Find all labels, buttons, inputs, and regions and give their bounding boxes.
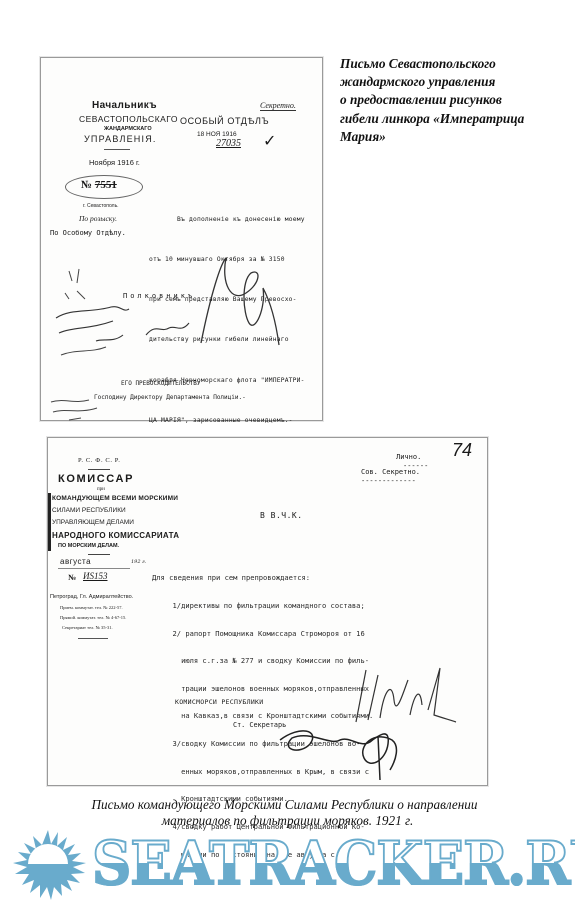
addressee-line: ЕГО ПРЕВОСХОДИТЕЛЬСТВУ [121, 380, 200, 387]
divider [78, 638, 108, 639]
letterhead-bracket [48, 493, 51, 551]
body-line: ЦА МАРІЯ", зарисованные очевидцемъ.- [149, 414, 305, 427]
body-line: Для сведения при сем препровождается: [152, 573, 373, 582]
number-value: 7551 [95, 179, 117, 191]
letter-month: августа [60, 557, 91, 566]
caption-top-line: Письмо Севастопольского [340, 55, 570, 73]
caption-top: Письмо Севастопольского жандармского упр… [340, 55, 570, 146]
body-line: июля с.г.за № 277 и сводку Комиссии по ф… [164, 656, 373, 665]
document-scan-gendarmerie-letter: Начальникъ СЕВАСТОПОЛЬСКАГО ЖАНДАРМСКАГО… [40, 57, 323, 421]
divider [88, 469, 110, 470]
country-header: Р. С. Ф. С. Р. [78, 457, 120, 464]
site-logo-text: SEATRACKER.RU [92, 834, 575, 894]
letterhead-line: УПРАВЛЯЮЩЕМ ДЕЛАМИ [52, 519, 134, 526]
signature-title: Полковникъ [123, 292, 195, 300]
divider: ------------- [361, 477, 416, 485]
caption-top-line: жандармского управления [340, 73, 570, 91]
caption-top-line: Мария» [340, 128, 570, 146]
body-line: 2/ рапорт Помощника Комиссара Стромороя … [164, 629, 373, 638]
letterhead-line: НАРОДНОГО КОМИССАРИАТА [52, 531, 179, 540]
letter-year: 192 г. [131, 559, 146, 565]
number-prefix: № [68, 573, 76, 582]
signature-title: КОМИСМОРСИ РЕСПУБЛИКИ [175, 698, 263, 706]
address-line: Прием. коммутат. тел. № 222-57. [60, 605, 123, 610]
note: По розыску. [79, 214, 117, 223]
recipient: В В.Ч.К. [260, 511, 303, 520]
address-line: Петроград, Гл. Адмиралтейство. [50, 594, 133, 600]
divider [104, 149, 130, 150]
divider [58, 568, 130, 569]
stamp-date: 18 НОЯ 1916 [197, 131, 237, 138]
handwritten-number: 74 [452, 440, 472, 461]
letter-body: Въ дополненіе къ донесенію моему отъ 10 … [149, 186, 305, 454]
letterhead-line: КОМАНДУЮЩЕМ ВСЕМИ МОРСКИМИ [52, 495, 178, 502]
letterhead-line: СИЛАМИ РЕСПУБЛИКИ [52, 507, 126, 514]
number-prefix: № [81, 179, 92, 191]
department: По Особому Отдѣлу. [50, 229, 126, 237]
city: г. Севастополь. [83, 203, 119, 209]
body-line: 3/сводку Комиссии по фильтрации эшелонов… [164, 739, 373, 748]
personal-mark: Лично. [396, 453, 421, 461]
body-line: Въ дополненіе къ донесенію моему [149, 213, 305, 226]
caption-bottom-line: Письмо командующего Морскими Силами Респ… [0, 797, 575, 813]
body-line: отъ 10 минувшаго Октября за № 3150 [149, 253, 305, 266]
document-scan-navy-commissar-letter: Р. С. Ф. С. Р. КОМИССАР при КОМАНДУЮЩЕМ … [47, 437, 488, 786]
top-secret-mark: Сов. Секретно. [361, 468, 420, 476]
caption-top-line: гибели линкора «Императрица [340, 110, 570, 128]
secretary-title: Ст. Секретарь [233, 721, 286, 729]
caption-top-line: о предоставлении рисунков [340, 91, 570, 109]
body-line: дительству рисунки гибели линейнаго [149, 333, 305, 346]
letterhead-title: КОМИССАР [58, 473, 134, 485]
caption-bottom-line: материалов по фильтрации моряков. 1921 г… [0, 813, 575, 829]
letterhead-line: СЕВАСТОПОЛЬСКАГО [79, 114, 178, 124]
body-line: 1/директивы по фильтрации командного сос… [164, 601, 373, 610]
secret-mark: Секретно. [260, 101, 296, 111]
site-logo[interactable]: SEATRACKER.RU [0, 828, 575, 904]
letterhead-line: ПО МОРСКИМ ДЕЛАМ. [58, 543, 119, 549]
address-line: Секретариат тел. № 35-31. [62, 625, 113, 630]
divider [88, 554, 110, 555]
addressee-line: Господину Директору Департамента Полиціи… [94, 394, 246, 401]
checkmark-icon: ✓ [263, 131, 276, 150]
letter-number: ИS153 [83, 571, 108, 581]
special-department-stamp: ОСОБЫЙ ОТДѢЛЪ [180, 116, 269, 126]
sun-over-sea-icon [2, 828, 94, 904]
letter-date: Ноября 1916 г. [89, 158, 140, 167]
letterhead-line: ЖАНДАРМСКАГО [104, 126, 152, 132]
body-line: трации эшелонов военных моряков,отправле… [164, 684, 373, 693]
body-line: енных моряков,отправленных в Крым, в свя… [164, 767, 373, 776]
registration-number: 27035 [216, 138, 241, 149]
letterhead-line: УПРАВЛЕНІЯ. [84, 134, 157, 144]
caption-bottom: Письмо командующего Морскими Силами Респ… [0, 797, 575, 829]
letterhead-line: при [97, 487, 105, 492]
body-line: на Кавказ,в связи с Кронштадтскими событ… [164, 711, 373, 720]
address-line: Прямой. коммутат. тел. № 4-67-15. [60, 615, 126, 620]
letterhead-title: Начальникъ [92, 100, 157, 111]
letter-number: № 7551 [81, 179, 117, 191]
